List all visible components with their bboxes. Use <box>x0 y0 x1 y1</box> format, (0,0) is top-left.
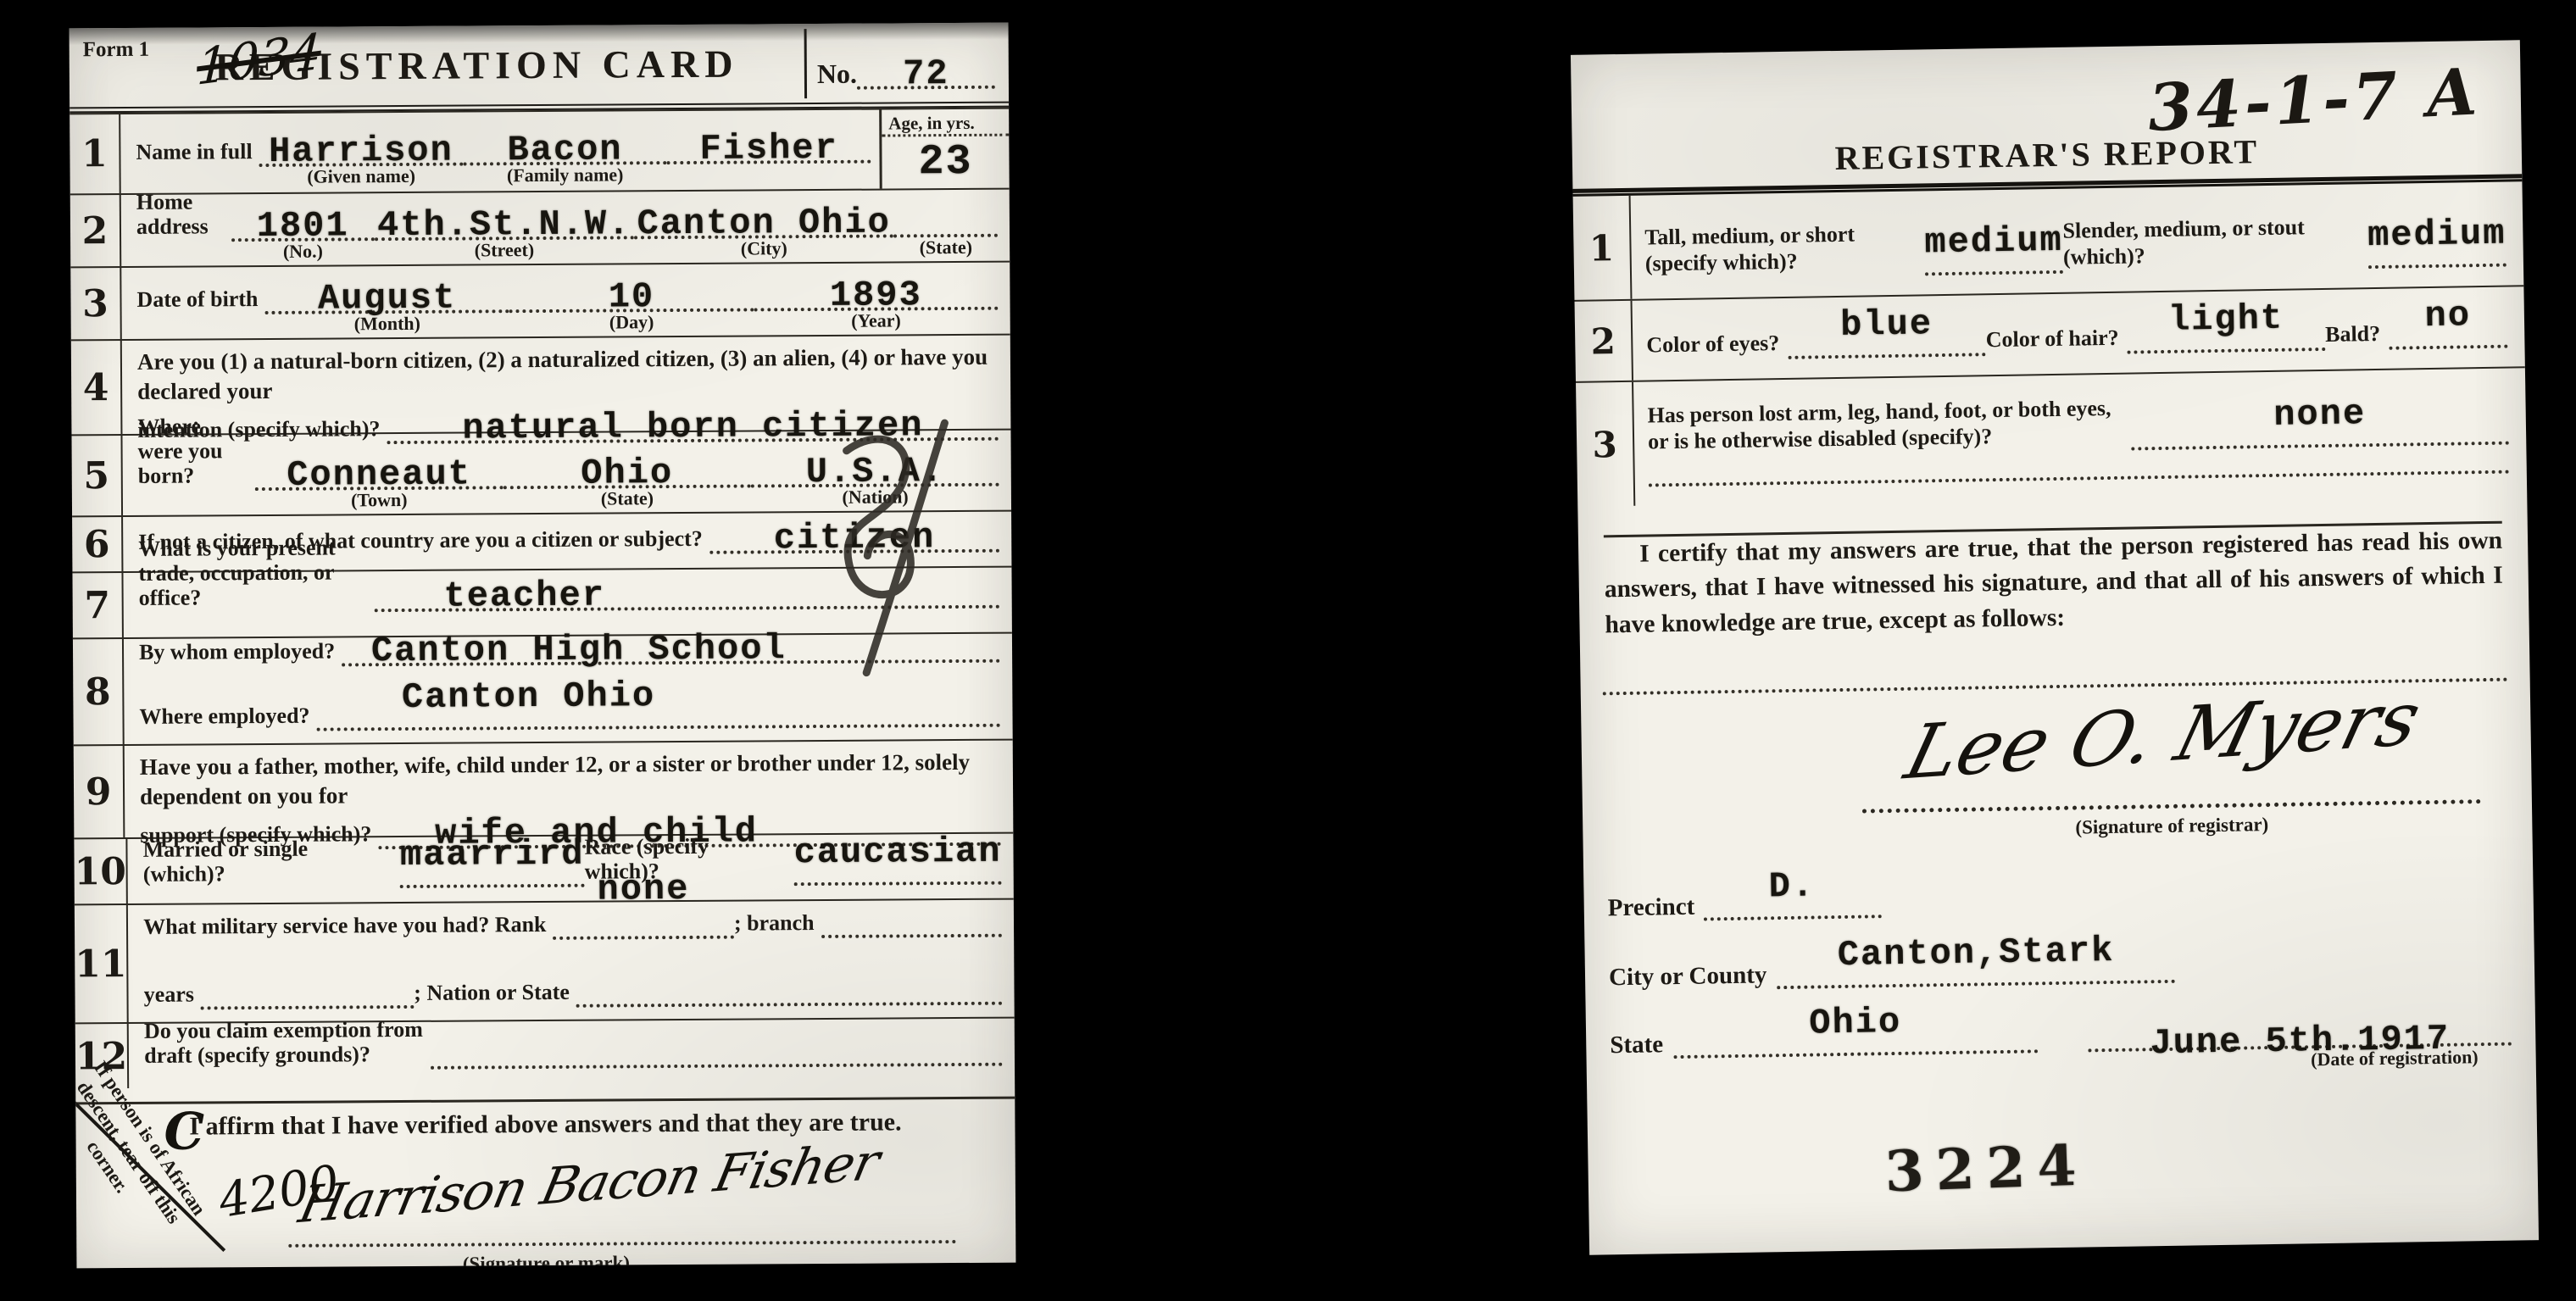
military-rank-label: What military service have you had? Rank <box>143 912 553 942</box>
city-county-field: City or County Canton,Stark <box>1585 938 2535 992</box>
row-home-address: 2 Home address 1801 (No.) 4th.St.N.W. (S… <box>70 188 1010 267</box>
form-number-label: Form 1 <box>83 38 150 62</box>
card-number-box: No. 72 <box>804 27 995 97</box>
card-header: Form 1 1034 REGISTRATION CARD No. 72 <box>70 23 1010 114</box>
occupation-label: What is your present trade, occupation, … <box>138 535 375 614</box>
state-value: Ohio <box>1809 1004 1901 1042</box>
address-city-sublabel: (City) <box>634 234 894 260</box>
disability-question: Has person lost arm, leg, hand, foot, or… <box>1647 394 2131 458</box>
birth-day-sublabel: (Day) <box>509 308 754 334</box>
military-nation-label: ; Nation or State <box>414 980 576 1009</box>
registrar-signature-area: Lee O. Myers (Signature of registrar) <box>1581 681 2533 862</box>
eye-color-answer-line: blue <box>1788 317 1986 359</box>
birthplace-label: Where were you born? <box>137 414 255 492</box>
address-state-sublabel: (State) <box>893 234 998 259</box>
blank-answer-line <box>1649 470 2510 487</box>
card-number-line: 72 <box>857 49 995 89</box>
registration-card-front: Form 1 1034 REGISTRATION CARD No. 72 1 N… <box>70 23 1016 1269</box>
military-branch-line <box>821 898 1002 938</box>
scanned-document-stage: Form 1 1034 REGISTRATION CARD No. 72 1 N… <box>0 0 2576 1301</box>
row-disability: 3 Has person lost arm, leg, hand, foot, … <box>1576 366 2527 507</box>
given-name-sublabel: (Given name) <box>259 163 464 188</box>
birthplace-town-line: Conneaut (Town) <box>255 450 504 491</box>
state-label: State <box>1610 1031 1663 1059</box>
family-name-sublabel: (Family name) <box>463 161 667 186</box>
marital-answer-value: maarrird <box>400 837 585 873</box>
city-county-label: City or County <box>1609 961 1767 992</box>
registrar-signature-label: (Signature of registrar) <box>1862 810 2481 842</box>
build-answer-line: medium <box>2367 228 2506 270</box>
row-name: 1 Name in full Harrison (Given name) Bac… <box>70 108 1010 194</box>
row-number: 6 <box>72 517 121 571</box>
state-date-field: State Ohio June 5th.1917 (Date of regist… <box>1586 1006 2536 1060</box>
bald-question: Bald? <box>2325 320 2390 351</box>
row-military-service: 11 What military service have you had? R… <box>75 898 1015 1023</box>
registration-date-label: (Date of registration) <box>2311 1046 2479 1070</box>
where-employed-answer-value: Canton Ohio <box>402 678 656 715</box>
city-county-line: Canton,Stark <box>1777 944 2176 989</box>
row-number: 2 <box>1575 301 1632 381</box>
race-answer-line: caucasian <box>794 846 1002 886</box>
row-eyes-hair: 2 Color of eyes? blue Color of hair? lig… <box>1574 285 2524 381</box>
row-number: 8 <box>73 639 123 744</box>
name-label: Name in full <box>136 139 259 168</box>
row-dependents: 9 Have you a father, mother, wife, child… <box>74 739 1014 838</box>
build-answer-value: medium <box>2367 216 2506 254</box>
height-question: Tall, medium, or short (specify which)? <box>1644 220 1925 281</box>
row-exemption: 12 Do you claim exemption from draft (sp… <box>75 1017 1015 1089</box>
precinct-value: D. <box>1768 868 1815 904</box>
city-county-value: Canton,Stark <box>1837 933 2114 973</box>
row-number: 3 <box>70 268 120 339</box>
handwritten-letter-c: C <box>164 1102 204 1161</box>
military-answer-value: none <box>597 871 689 908</box>
disability-answer-value: none <box>2273 396 2366 433</box>
signature-line <box>288 1240 956 1248</box>
marital-label: Married or single (which)? <box>143 836 401 890</box>
birth-year-sublabel: (Year) <box>754 307 999 333</box>
serial-number-stamp: 3224 <box>1883 1131 2089 1204</box>
precinct-field: Precinct D. <box>1583 869 2534 923</box>
eye-color-question: Color of eyes? <box>1646 330 1788 362</box>
hair-color-answer-value: light <box>2168 301 2284 338</box>
birth-month-sublabel: (Month) <box>265 309 510 336</box>
family-name-value: Fisher <box>699 131 837 167</box>
address-street-sublabel: (Street) <box>375 236 635 262</box>
birthplace-town-sublabel: (Town) <box>255 486 504 512</box>
birth-day-line: 10 (Day) <box>509 272 754 313</box>
birth-date-label: Date of birth <box>136 286 264 315</box>
citizenship-question-line1: Are you (1) a natural-born citizen, (2) … <box>137 342 999 407</box>
age-value: 23 <box>918 141 972 183</box>
address-no-sublabel: (No.) <box>231 237 375 263</box>
birth-month-line: August (Month) <box>264 274 509 314</box>
marital-answer-line: maarrird <box>400 848 585 888</box>
registration-date-block: June 5th.1917 (Date of registration) <box>2088 1006 2512 1052</box>
birthplace-state-sublabel: (State) <box>504 484 752 510</box>
home-address-label: Home address <box>136 189 231 242</box>
where-employed-label: Where employed? <box>139 703 316 732</box>
row-number: 4 <box>71 341 121 434</box>
precinct-label: Precinct <box>1608 893 1695 923</box>
registrars-report-back: 34-1-7 A REGISTRAR'S REPORT 1 Tall, medi… <box>1571 40 2539 1254</box>
employer-label: By whom employed? <box>139 638 342 668</box>
age-label: Age, in yrs. <box>882 109 1009 137</box>
employer-answer-value: Canton High School <box>371 631 787 669</box>
report-title: REGISTRAR'S REPORT <box>1572 127 2523 182</box>
row-number: 2 <box>70 195 120 266</box>
address-street-line: 4th.St.N.W. (Street) <box>374 200 634 241</box>
row-number: 3 <box>1576 382 1633 507</box>
birthplace-state-line: Ohio (State) <box>503 448 751 489</box>
military-rank-line: none <box>553 900 734 940</box>
build-question: Slender, medium, or stout (which)? <box>2062 213 2368 274</box>
card-number-label: No. <box>817 58 857 89</box>
hair-color-answer-line: light <box>2127 312 2325 354</box>
row-number: 10 <box>74 839 126 903</box>
address-no-line: 1801 (No.) <box>231 202 375 242</box>
state-line: Ohio <box>1673 1014 2039 1059</box>
row-number: 7 <box>72 573 121 637</box>
hair-color-question: Color of hair? <box>1985 324 2127 356</box>
precinct-line: D. <box>1703 879 1882 920</box>
where-employed-answer-line: Canton Ohio <box>316 688 1000 731</box>
military-years-line <box>201 970 414 1010</box>
row-marital-race: 10 Married or single (which)? maarrird R… <box>74 832 1013 904</box>
row-number: 5 <box>71 436 121 515</box>
row-number: 11 <box>75 905 127 1022</box>
race-answer-value: caucasian <box>794 834 1002 870</box>
row-date-of-birth: 3 Date of birth August (Month) 10 (Day) … <box>70 261 1010 340</box>
signature-area: Harrison Bacon Fisher (Signature or mark… <box>76 1137 1016 1269</box>
military-nation-line <box>576 966 1003 1008</box>
certification-statement: I certify that my answers are true, that… <box>1604 521 2504 643</box>
report-header: 34-1-7 A REGISTRAR'S REPORT <box>1571 40 2522 189</box>
address-city-line: Canton Ohio (City) <box>634 198 894 239</box>
age-box: Age, in yrs. 23 <box>879 109 1010 189</box>
military-years-label: years <box>144 981 201 1010</box>
eye-color-answer-value: blue <box>1840 306 1933 343</box>
exemption-answer-line <box>431 1027 1003 1070</box>
dependents-question-line1: Have you a father, mother, wife, child u… <box>140 748 1001 812</box>
card-number-value: 72 <box>903 56 949 92</box>
pencil-scribble <box>790 418 965 681</box>
row-number: 1 <box>70 114 120 193</box>
given-name-line: Harrison (Given name) <box>259 127 463 167</box>
disability-answer-line: none <box>2131 406 2510 451</box>
row-build: 1 Tall, medium, or short (specify which)… <box>1573 181 2524 300</box>
registration-date-line: June 5th.1917 <box>2088 1006 2512 1052</box>
address-state-line: (State) <box>893 198 998 238</box>
height-answer-value: medium <box>1924 223 2063 261</box>
middle-name-line: Bacon (Family name) <box>463 125 667 165</box>
registrar-signature: Lee O. Myers <box>1897 675 2429 797</box>
height-answer-line: medium <box>1924 235 2063 276</box>
registrant-signature: Harrison Bacon Fisher <box>294 1132 884 1235</box>
row-number: 1 <box>1573 196 1631 300</box>
signature-line-label: (Signature or mark) <box>76 1250 1015 1269</box>
occupation-answer-value: teacher <box>443 578 605 614</box>
bald-answer-line: no <box>2389 309 2508 350</box>
birth-year-line: 1893 (Year) <box>754 271 999 312</box>
bald-answer-value: no <box>2424 297 2471 334</box>
exemption-question: Do you claim exemption from draft (speci… <box>144 1017 431 1071</box>
family-name-line: Fisher <box>667 125 871 164</box>
row-number: 9 <box>74 746 124 837</box>
military-branch-label: ; branch <box>734 910 821 939</box>
